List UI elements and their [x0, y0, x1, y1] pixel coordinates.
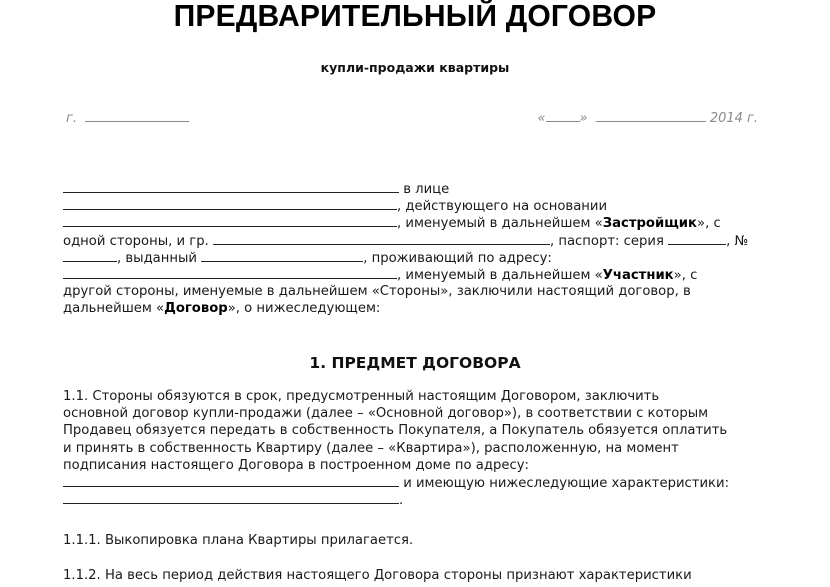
citizen-name-blank	[213, 232, 550, 245]
parties-block: в лице , действующего на основании , име…	[63, 180, 783, 318]
place-prefix: г.	[66, 111, 77, 126]
parties-line-7: другой стороны, именуемые в дальнейшем «…	[63, 283, 783, 300]
date-field: «» 2014 г.	[537, 111, 758, 126]
text: , выданный	[117, 251, 201, 266]
issued-by-blank	[201, 249, 363, 262]
text: в лице	[399, 182, 449, 197]
text: , паспорт: серия	[550, 234, 668, 249]
contract-term: Договор	[164, 301, 228, 316]
characteristics-blank	[63, 491, 399, 504]
parties-line-5: , выданный , проживающий по адресу:	[63, 249, 783, 266]
developer-term: Застройщик	[603, 216, 697, 231]
section-1-title: 1. ПРЕДМЕТ ДОГОВОРА	[0, 354, 830, 372]
place-blank	[85, 111, 189, 122]
text: дальнейшем «	[63, 301, 164, 316]
text: и имеющую нижеследующие характеристики:	[399, 476, 729, 491]
text: , именуемый в дальнейшем «	[397, 216, 603, 231]
date-year: 2014 г.	[710, 111, 758, 126]
clause-1-1-1: 1.1.1. Выкопировка плана Квартиры прилаг…	[63, 533, 413, 548]
parties-line-3: , именуемый в дальнейшем «Застройщик», с	[63, 214, 783, 231]
clause-1-1: 1.1. Стороны обязуются в срок, предусмот…	[63, 388, 783, 508]
basis-blank	[63, 214, 397, 227]
clause-1-1-2: 1.1.2. На весь период действия настоящег…	[63, 568, 692, 583]
text: , №	[726, 234, 748, 249]
clause-1-1-line: основной договор купли-продажи (далее – …	[63, 405, 783, 422]
clause-1-1-blank-line-2: .	[63, 491, 783, 508]
participant-term: Участник	[603, 268, 674, 283]
text: , именуемый в дальнейшем «	[397, 268, 603, 283]
text: », с	[697, 216, 721, 231]
document-page: ПРЕДВАРИТЕЛЬНЫЙ ДОГОВОР купли-продажи кв…	[0, 0, 830, 587]
text: одной стороны, и гр.	[63, 234, 213, 249]
property-address-blank	[63, 474, 399, 487]
month-blank	[596, 111, 706, 122]
parties-line-8: дальнейшем «Договор», о нижеследующем:	[63, 300, 783, 317]
parties-line-1: в лице	[63, 180, 783, 197]
clause-1-1-line: подписания настоящего Договора в построе…	[63, 457, 783, 474]
day-blank	[546, 111, 580, 122]
place-field: г.	[66, 111, 189, 126]
text: .	[399, 493, 403, 508]
text: , действующего на основании	[397, 199, 607, 214]
passport-number-blank	[63, 249, 117, 262]
clause-1-1-line: 1.1. Стороны обязуются в срок, предусмот…	[63, 388, 783, 405]
representative-blank	[63, 197, 397, 210]
document-title: ПРЕДВАРИТЕЛЬНЫЙ ДОГОВОР	[12, 0, 817, 34]
text: », о нижеследующем:	[228, 301, 381, 316]
text: , проживающий по адресу:	[363, 251, 552, 266]
clause-1-1-line: Продавец обязуется передать в собственно…	[63, 422, 783, 439]
passport-series-blank	[668, 232, 726, 245]
document-subtitle: купли-продажи квартиры	[0, 60, 830, 75]
text: », с	[674, 268, 698, 283]
date-open-quote: «	[537, 111, 545, 126]
date-close-quote: »	[580, 111, 588, 126]
clause-1-1-blank-line-1: и имеющую нижеследующие характеристики:	[63, 474, 783, 491]
parties-line-4: одной стороны, и гр. , паспорт: серия , …	[63, 232, 783, 249]
parties-line-2: , действующего на основании	[63, 197, 783, 214]
clause-1-1-line: и принять в собственность Квартиру (дале…	[63, 440, 783, 457]
parties-line-6: , именуемый в дальнейшем «Участник», с	[63, 266, 783, 283]
developer-name-blank	[63, 180, 399, 193]
address-blank	[63, 266, 397, 279]
